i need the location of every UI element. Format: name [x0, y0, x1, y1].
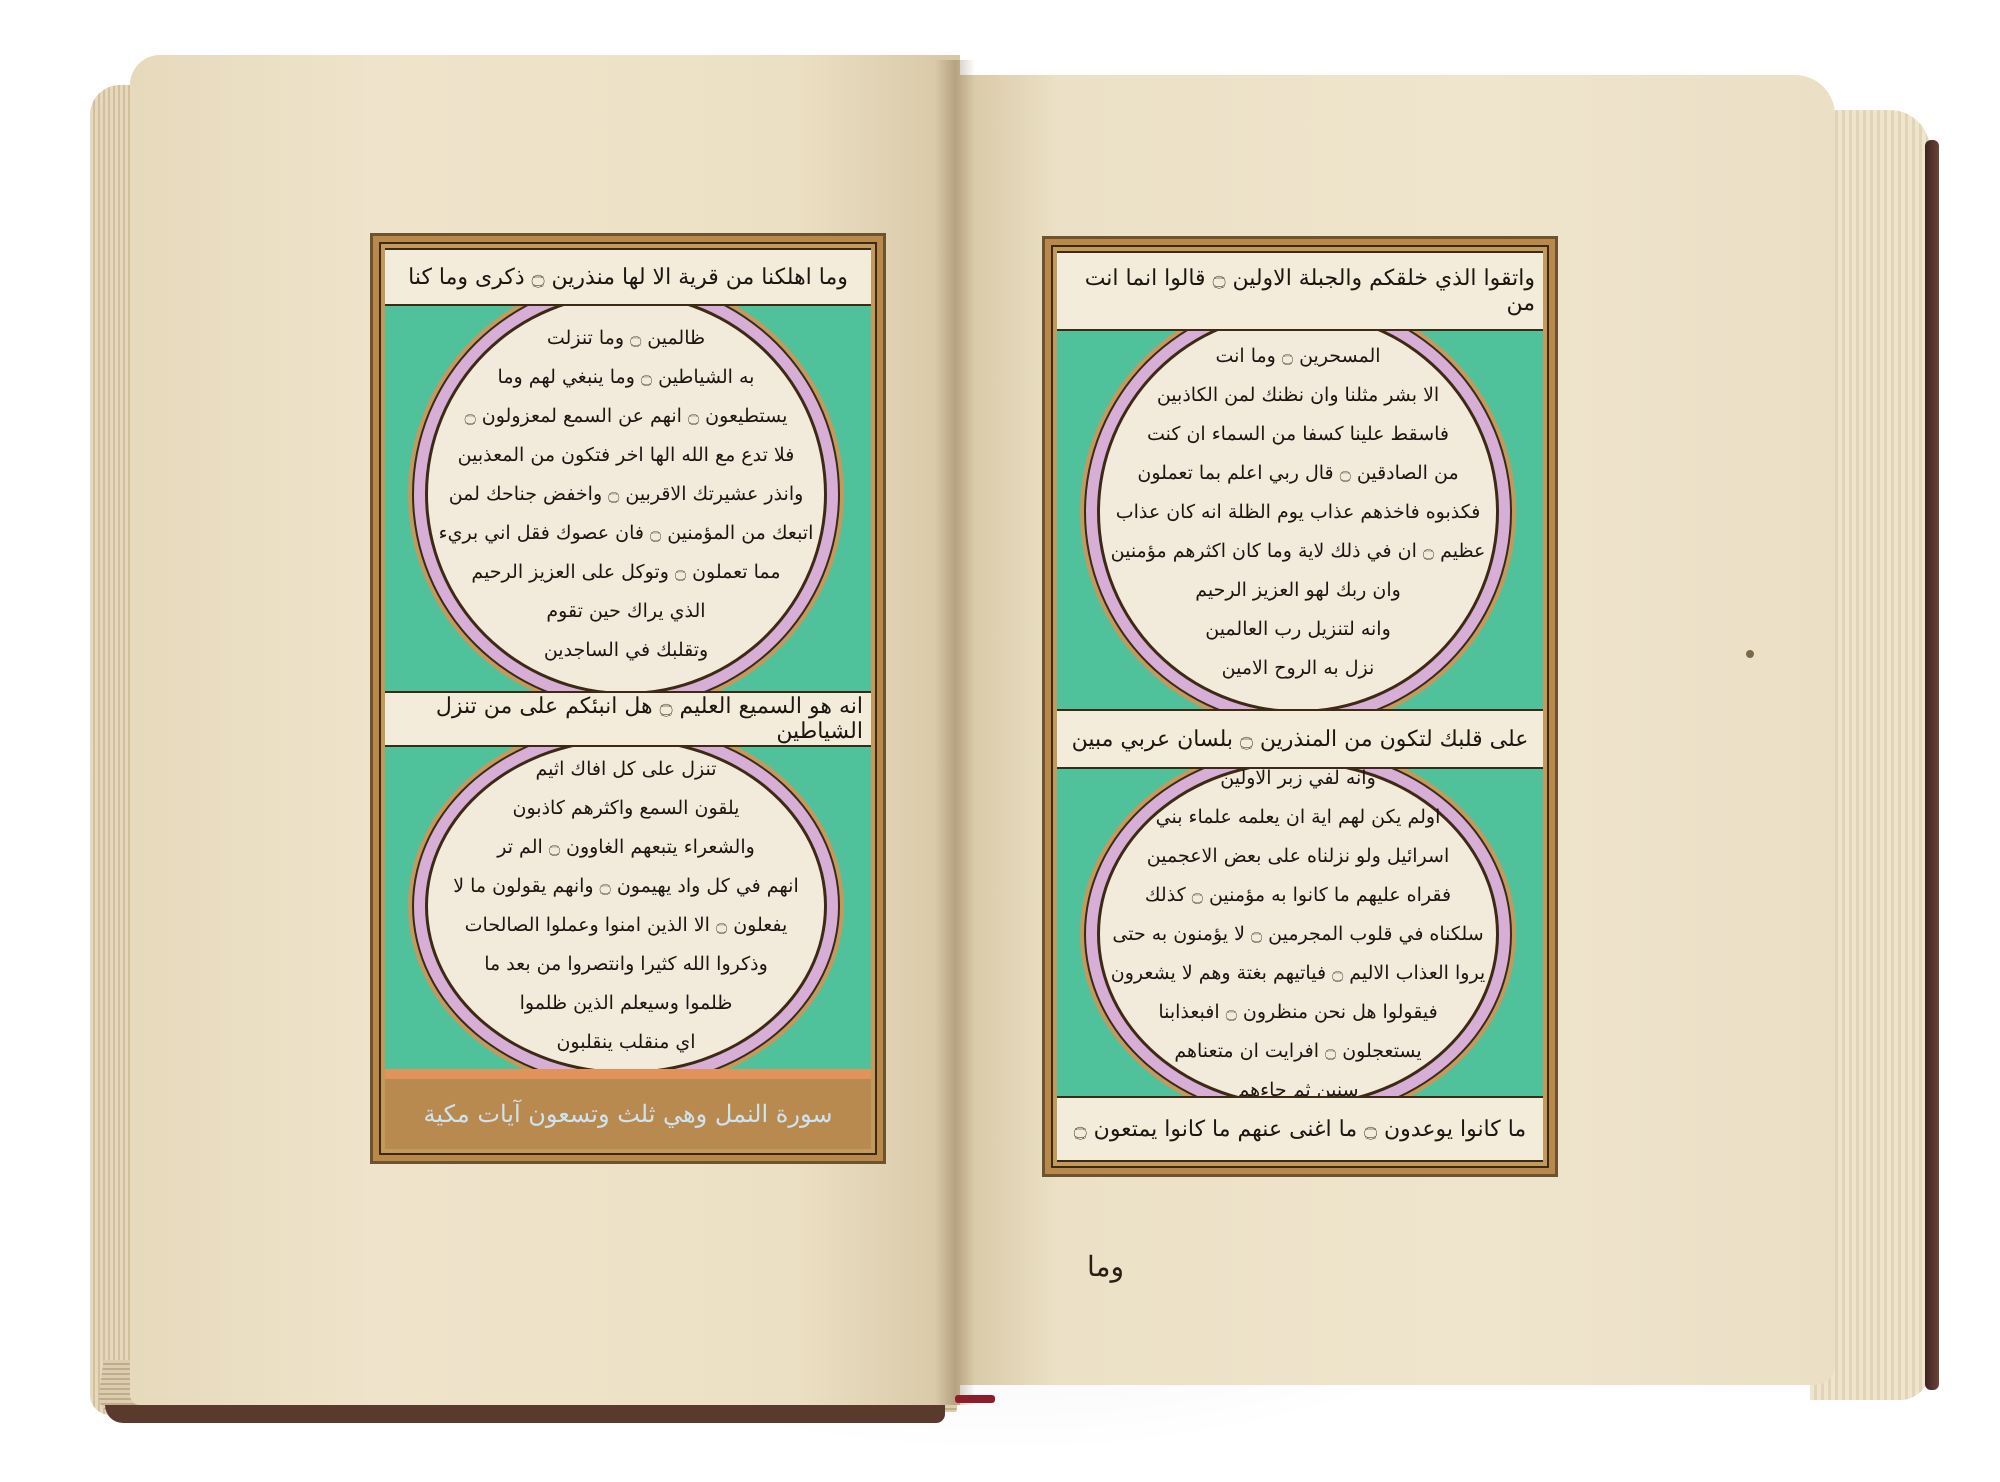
verse-line: من الصادقين ۝ قال ربي اعلم بما تعملون — [1137, 454, 1458, 493]
verse-line: يروا العذاب الاليم ۝ فياتيهم بغتة وهم لا… — [1111, 954, 1485, 993]
verse-line: فاسقط علينا كسفا من السماء ان كنت — [1147, 415, 1449, 454]
verse-line: به الشياطين ۝ وما ينبغي لهم وما — [498, 358, 755, 397]
verse-line: اي منقلب ينقلبون — [556, 1023, 695, 1062]
verse-line: اولم يكن لهم اية ان يعلمه علماء بني — [1156, 798, 1441, 837]
verse-line: وتقلبك في الساجدين — [544, 631, 708, 670]
verse-line: فقراه عليهم ما كانوا به مؤمنين ۝ كذلك — [1145, 876, 1451, 915]
catchword: وما — [1087, 1250, 1124, 1283]
left-lower-medallion: تنزل على كل افاك اثيم يلقون السمع واكثره… — [428, 741, 824, 1071]
verse-line: يستطيعون ۝ انهم عن السمع لمعزولون ۝ — [465, 397, 788, 436]
verse-line: تنزل على كل افاك اثيم — [535, 750, 716, 789]
verse-line: انهم في كل واد يهيمون ۝ وانهم يقولون ما … — [453, 867, 799, 906]
left-top-text-band: وما اهلكنا من قرية الا لها منذرين ۝ ذكرى… — [385, 248, 871, 306]
left-illuminated-panel: وما اهلكنا من قرية الا لها منذرين ۝ ذكرى… — [370, 233, 886, 1164]
verse-line: يلقون السمع واكثرهم كاذبون — [513, 789, 740, 828]
verse-line: يستعجلون ۝ افرايت ان متعناهم — [1174, 1032, 1421, 1071]
verse-line: وانه لتنزيل رب العالمين — [1205, 610, 1391, 649]
surah-heading-rubric: سورة النمل وهي ثلث وتسعون آيات مكية — [385, 1069, 871, 1149]
left-upper-medallion: ظالمين ۝ وما تنزلت به الشياطين ۝ وما ينب… — [428, 296, 824, 692]
front-cover-edge — [1925, 140, 1939, 1390]
verse-line: اتبعك من المؤمنين ۝ فان عصوك فقل اني بري… — [439, 514, 814, 553]
verse-line: ظلموا وسيعلم الذين ظلموا — [520, 984, 733, 1023]
verse-line: اسرائيل ولو نزلناه على بعض الاعجمين — [1147, 837, 1449, 876]
right-top-text-band: واتقوا الذي خلقكم والجبلة الاولين ۝ قالو… — [1057, 251, 1543, 331]
verse-line: وان ربك لهو العزيز الرحيم — [1195, 571, 1401, 610]
right-bottom-text-band: ما كانوا يوعدون ۝ ما اغنى عنهم ما كانوا … — [1057, 1096, 1543, 1162]
back-cover-edge — [105, 1405, 945, 1423]
right-lower-medallion: وانه لفي زبر الاولين اولم يكن لهم اية ان… — [1100, 764, 1496, 1104]
verse-line: الا بشر مثلنا وان نظنك لمن الكاذبين — [1157, 376, 1439, 415]
left-middle-text-band: انه هو السميع العليم ۝ هل انبئكم على من … — [385, 691, 871, 747]
headband-red — [955, 1395, 995, 1403]
right-upper-medallion: المسحرين ۝ وما انت الا بشر مثلنا وان نظن… — [1100, 314, 1496, 710]
verse-line: عظيم ۝ ان في ذلك لاية وما كان اكثرهم مؤم… — [1111, 532, 1486, 571]
verse-line: وانذر عشيرتك الاقربين ۝ واخفض جناحك لمن — [449, 475, 804, 514]
right-middle-text-band: على قلبك لتكون من المنذرين ۝ بلسان عربي … — [1057, 709, 1543, 769]
verse-line: سلكناه في قلوب المجرمين ۝ لا يؤمنون به ح… — [1112, 915, 1483, 954]
verse-line: مما تعملون ۝ وتوكل على العزيز الرحيم — [471, 553, 780, 592]
spine-gutter — [935, 60, 975, 1405]
verse-line: المسحرين ۝ وما انت — [1215, 337, 1380, 376]
verse-line: يفعلون ۝ الا الذين امنوا وعملوا الصالحات — [465, 906, 788, 945]
verse-line: فيقولوا هل نحن منظرون ۝ افبعذابنا — [1158, 993, 1437, 1032]
verse-line: فكذبوه فاخذهم عذاب يوم الظلة انه كان عذا… — [1116, 493, 1481, 532]
verse-line: الذي يراك حين تقوم — [546, 592, 705, 631]
right-illuminated-panel: واتقوا الذي خلقكم والجبلة الاولين ۝ قالو… — [1042, 236, 1558, 1177]
verse-line: نزل به الروح الامين — [1222, 649, 1375, 688]
verse-line: فلا تدع مع الله الها اخر فتكون من المعذب… — [458, 436, 795, 475]
verse-line: وذكروا الله كثيرا وانتصروا من بعد ما — [484, 945, 768, 984]
verse-line: والشعراء يتبعهم الغاوون ۝ الم تر — [497, 828, 755, 867]
verse-line: ظالمين ۝ وما تنزلت — [547, 319, 705, 358]
paper-spot — [1746, 650, 1754, 658]
